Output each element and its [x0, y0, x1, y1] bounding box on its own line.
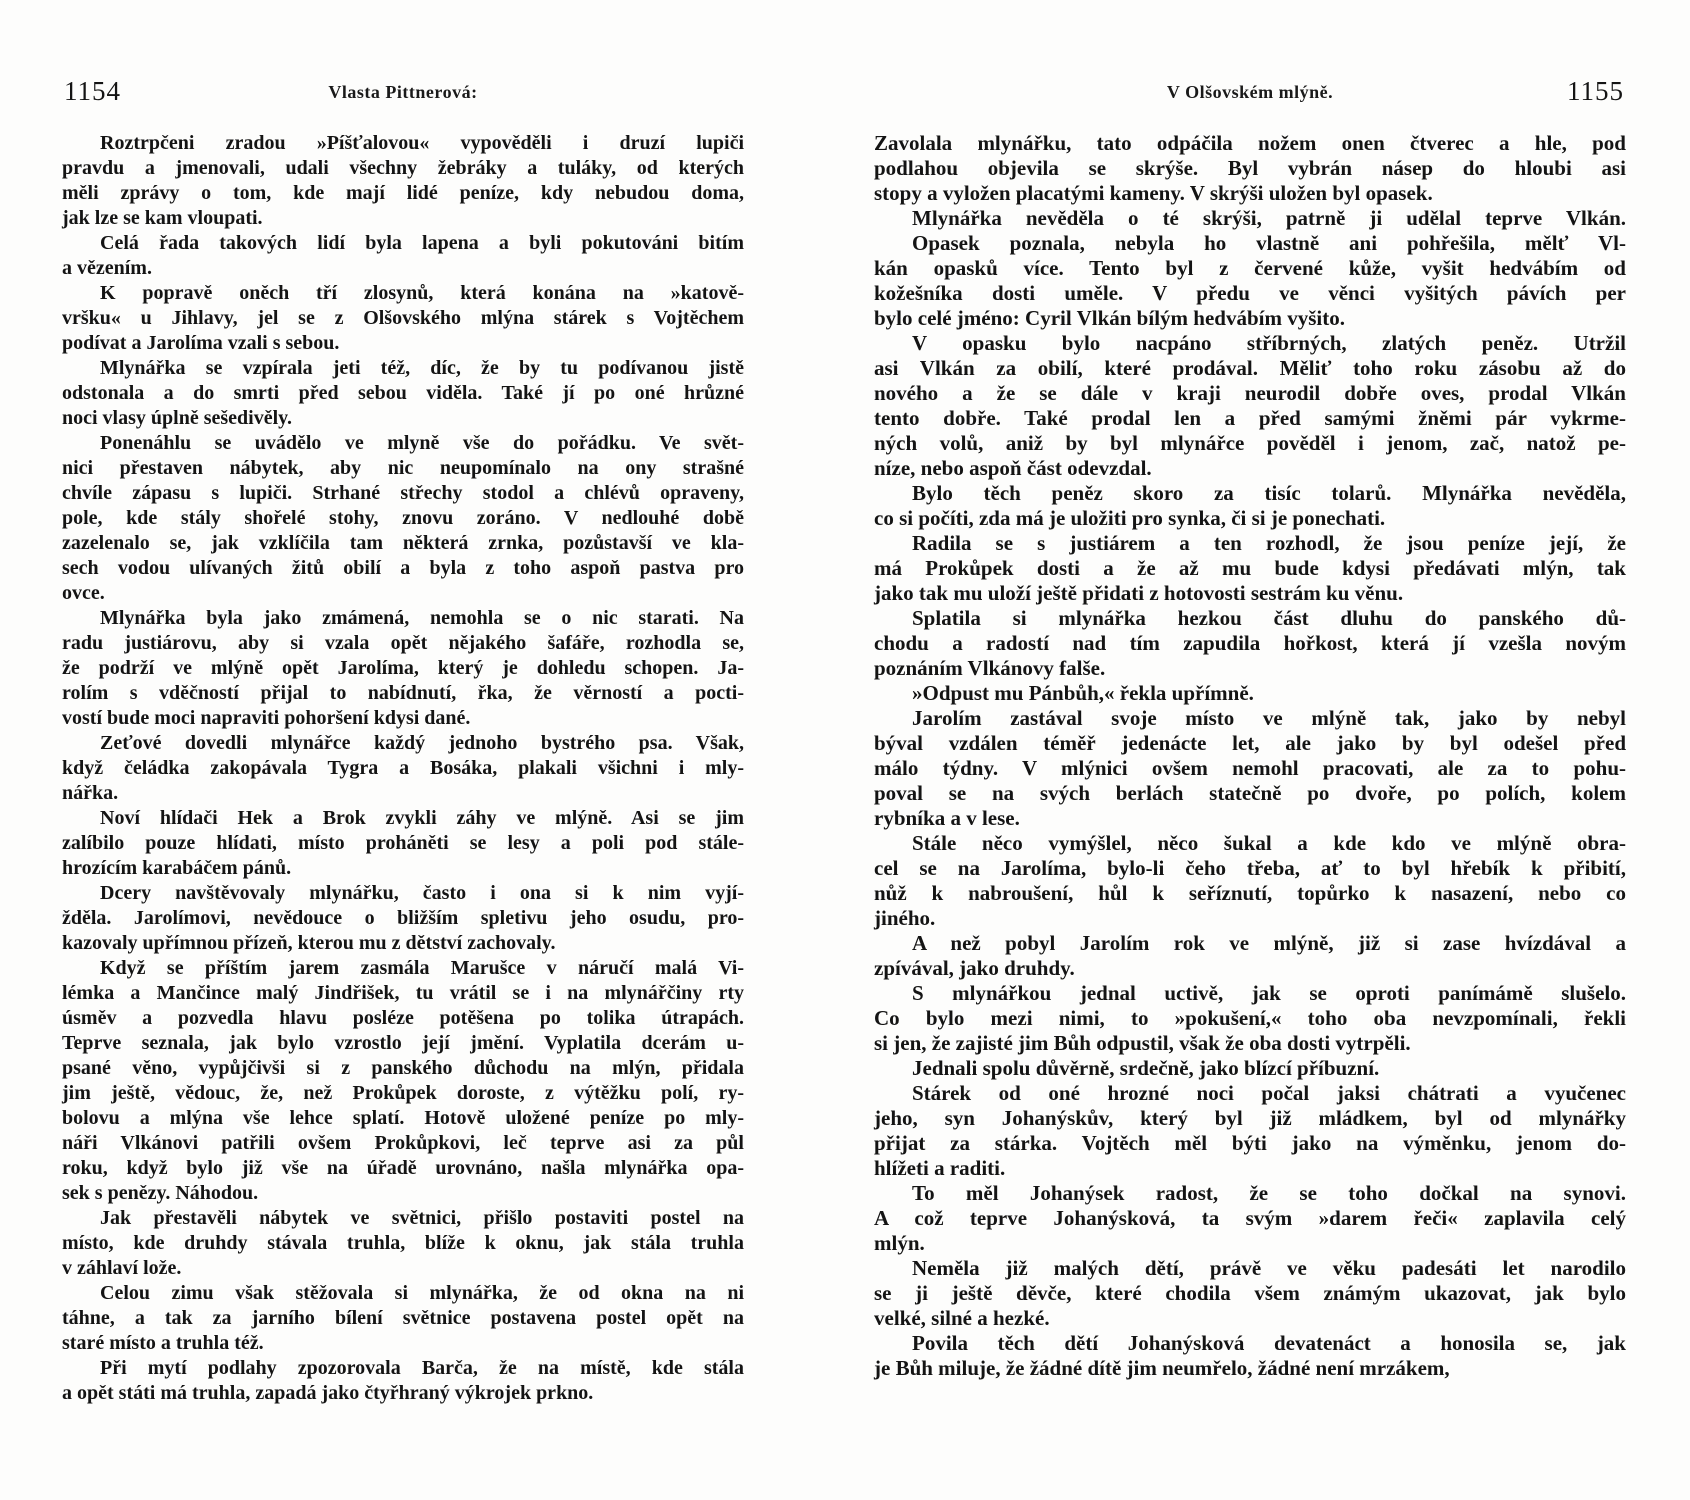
text-line: chvíle zápasu s lupiči. Strhané střechy … [62, 481, 744, 506]
text-line: bolovu a mlýna vše lehce splatí. Hotově … [62, 1106, 744, 1131]
text-line: S mlynářkou jednal uctivě, jak se oproti… [874, 981, 1626, 1006]
text-line: vostí bude moci napraviti pohoršení kdys… [62, 706, 744, 731]
text-line: jim ještě, vědouc, že, než Prokůpek doro… [62, 1081, 744, 1106]
text-line: jeho, syn Johanýskův, který byl již mlád… [874, 1106, 1626, 1131]
text-line: málo týdny. V mlýnici ovšem nemohl praco… [874, 756, 1626, 781]
text-line: Zeťové dovedli mlynářce každý jednoho by… [62, 731, 744, 756]
text-line: To měl Johanýsek radost, že se toho dočk… [874, 1181, 1626, 1206]
text-line: Zavolala mlynářku, tato odpáčila nožem o… [874, 131, 1626, 156]
text-line: jiného. [874, 906, 1626, 931]
text-line: chodu a radostí nad tím zapudila hořkost… [874, 631, 1626, 656]
text-line: V opasku bylo nacpáno stříbrných, zlatýc… [874, 331, 1626, 356]
text-line: Ponenáhlu se uvádělo ve mlyně vše do poř… [62, 431, 744, 456]
text-line: Mlynářka byla jako zmámená, nemohla se o… [62, 606, 744, 631]
text-line: úsměv a pozvedla hlavu posléze potěšena … [62, 1006, 744, 1031]
text-line: Celou zimu však stěžovala si mlynářka, ž… [62, 1281, 744, 1306]
text-line: nového a že se dále v kraji neurodil dob… [874, 381, 1626, 406]
page-left-header: 1154 Vlasta Pittnerová: [62, 76, 744, 110]
text-line: rybníka a v lese. [874, 806, 1626, 831]
text-line: Noví hlídači Hek a Brok zvykli záhy ve m… [62, 806, 744, 831]
text-line: zazelenalo se, jak vzklíčila tam některá… [62, 531, 744, 556]
text-line: Neměla již malých dětí, právě ve věku pa… [874, 1256, 1626, 1281]
page-left-text: Roztrpčeni zradou »Píšťalovou« vypověděl… [62, 131, 744, 1406]
text-line: Stárek od oné hrozné noci počal jaksi ch… [874, 1081, 1626, 1106]
text-line: Teprve seznala, jak bylo vzrostlo její j… [62, 1031, 744, 1056]
page-left: 1154 Vlasta Pittnerová: Roztrpčeni zrado… [62, 0, 744, 1500]
text-line: co si počíti, zda má je uložiti pro synk… [874, 506, 1626, 531]
text-line: zalíbilo pouze hlídati, místo proháněti … [62, 831, 744, 856]
text-line: lémka a Mančince malý Jindřišek, tu vrát… [62, 981, 744, 1006]
text-line: táhne, a tak za jarního bílení světnice … [62, 1306, 744, 1331]
text-line: bylo celé jméno: Cyril Vlkán bílým hedvá… [874, 306, 1626, 331]
text-line: Splatila si mlynářka hezkou část dluhu d… [874, 606, 1626, 631]
text-line: Jarolím zastával svoje místo ve mlýně ta… [874, 706, 1626, 731]
text-line: Roztrpčeni zradou »Píšťalovou« vypověděl… [62, 131, 744, 156]
text-line: zpívával, jako druhdy. [874, 956, 1626, 981]
text-line: nůž k nabroušení, hůl k seříznutí, topůr… [874, 881, 1626, 906]
text-line: psané věno, vypůjčivši si z panského důc… [62, 1056, 744, 1081]
text-line: velké, silné a hezké. [874, 1306, 1626, 1331]
text-line: a opět státi má truhla, zapadá jako čtyř… [62, 1381, 744, 1406]
text-line: když čeládka zakopávala Tygra a Bosáka, … [62, 756, 744, 781]
text-line: noci vlasy úplně sešedivěly. [62, 406, 744, 431]
text-line: Jak přestavěli nábytek ve světnici, přiš… [62, 1206, 744, 1231]
text-line: se ji ještě děvče, které chodila všem zn… [874, 1281, 1626, 1306]
text-line: a vězením. [62, 256, 744, 281]
text-line: ovce. [62, 581, 744, 606]
page-right-header: V Olšovském mlýně. 1155 [874, 76, 1626, 110]
text-line: Dcery navštěvovaly mlynářku, často i ona… [62, 881, 744, 906]
text-line: býval vzdálen téměř jedenácte let, ale j… [874, 731, 1626, 756]
text-line: místo, kde druhdy stávala truhla, blíže … [62, 1231, 744, 1256]
text-line: roku, když bylo již vše na úřadě urovnán… [62, 1156, 744, 1181]
text-line: Co bylo mezi nimi, to »pokušení,« toho o… [874, 1006, 1626, 1031]
text-line: stopy a vyložen placatými kameny. V skrý… [874, 181, 1626, 206]
text-line: tento dobře. Také prodal len a před samý… [874, 406, 1626, 431]
text-line: radu justiárovu, aby si vzala opět nějak… [62, 631, 744, 656]
text-line: v záhlaví lože. [62, 1256, 744, 1281]
page-right-text: Zavolala mlynářku, tato odpáčila nožem o… [874, 131, 1626, 1381]
text-line: ných volů, aniž by byl mlynářce pověděl … [874, 431, 1626, 456]
page-right: V Olšovském mlýně. 1155 Zavolala mlynářk… [874, 0, 1626, 1500]
text-line: je Bůh miluje, že žádné dítě jim neumřel… [874, 1356, 1626, 1381]
text-line: Mlynářka se vzpírala jeti též, díc, že b… [62, 356, 744, 381]
running-header-right: V Olšovském mlýně. [874, 82, 1626, 103]
text-line: žděla. Jarolímovi, nevědouce o bližším s… [62, 906, 744, 931]
text-line: A což teprve Johanýsková, ta svým »darem… [874, 1206, 1626, 1231]
text-line: jak lze se kam vloupati. [62, 206, 744, 231]
text-line: podlahou objevila se skrýše. Byl vybrán … [874, 156, 1626, 181]
text-line: poznáním Vlkánovy falše. [874, 656, 1626, 681]
text-line: si jen, že zajisté jim Bůh odpustil, vša… [874, 1031, 1626, 1056]
text-line: mlýn. [874, 1231, 1626, 1256]
text-line: Celá řada takových lidí byla lapena a by… [62, 231, 744, 256]
text-line: jako tak mu uloží ještě přidati z hotovo… [874, 581, 1626, 606]
text-line: má Prokůpek dosti a že až mu bude kdysi … [874, 556, 1626, 581]
text-line: že podrží ve mlýně opět Jarolíma, který … [62, 656, 744, 681]
text-line: měli zprávy o tom, kde mají lidé peníze,… [62, 181, 744, 206]
text-line: cel se na Jarolíma, bylo-li čeho třeba, … [874, 856, 1626, 881]
text-line: níze, nebo aspoň část odevzdal. [874, 456, 1626, 481]
text-line: K popravě oněch tří zlosynů, která konán… [62, 281, 744, 306]
text-line: rolím s vděčností přijal to nabídnutí, ř… [62, 681, 744, 706]
text-line: pole, kde stály shořelé stohy, znovu zor… [62, 506, 744, 531]
text-line: hrozícím karabáčem pánů. [62, 856, 744, 881]
text-line: kazovaly upřímnou přízeň, kterou mu z dě… [62, 931, 744, 956]
text-line: Bylo těch peněz skoro za tisíc tolarů. M… [874, 481, 1626, 506]
text-line: Když se příštím jarem zasmála Marušce v … [62, 956, 744, 981]
text-line: kožešníka dosti uměle. V předu ve věnci … [874, 281, 1626, 306]
text-line: nářka. [62, 781, 744, 806]
text-line: podívat a Jarolíma vzali s sebou. [62, 331, 744, 356]
text-line: kán opasků více. Tento byl z červené kůž… [874, 256, 1626, 281]
text-line: Jednali spolu důvěrně, srdečně, jako blí… [874, 1056, 1626, 1081]
text-line: Povila těch dětí Johanýsková devatenáct … [874, 1331, 1626, 1356]
text-line: pravdu a jmenovali, udali všechny žebrák… [62, 156, 744, 181]
text-line: nici přestaven nábytek, aby nic neupomín… [62, 456, 744, 481]
book-scan: 1154 Vlasta Pittnerová: Roztrpčeni zrado… [0, 0, 1690, 1500]
text-line: přijat za stárka. Vojtěch měl býti jako … [874, 1131, 1626, 1156]
text-line: Radila se s justiárem a ten rozhodl, že … [874, 531, 1626, 556]
running-header-left: Vlasta Pittnerová: [62, 82, 744, 103]
text-line: Opasek poznala, nebyla ho vlastně ani po… [874, 231, 1626, 256]
text-line: »Odpust mu Pánbůh,« řekla upřímně. [874, 681, 1626, 706]
text-line: vršku« u Jihlavy, jel se z Olšovského ml… [62, 306, 744, 331]
text-line: odstonala a do smrti před sebou viděla. … [62, 381, 744, 406]
text-line: náři Vlkánovi patřili ovšem Prokůpkovi, … [62, 1131, 744, 1156]
text-line: Mlynářka nevěděla o té skrýši, patrně ji… [874, 206, 1626, 231]
text-line: hlížeti a raditi. [874, 1156, 1626, 1181]
text-line: Stále něco vymýšlel, něco šukal a kde kd… [874, 831, 1626, 856]
text-line: sech vodou ulívaných žitů obilí a byla z… [62, 556, 744, 581]
text-line: Při mytí podlahy zpozorovala Barča, že n… [62, 1356, 744, 1381]
text-line: sek s penězy. Náhodou. [62, 1181, 744, 1206]
text-line: asi Vlkán za obilí, které prodával. Měli… [874, 356, 1626, 381]
page-number-right: 1155 [1567, 76, 1624, 107]
text-line: A než pobyl Jarolím rok ve mlýně, již si… [874, 931, 1626, 956]
text-line: staré místo a truhla též. [62, 1331, 744, 1356]
text-line: poval se na svých berlách statečně po dv… [874, 781, 1626, 806]
